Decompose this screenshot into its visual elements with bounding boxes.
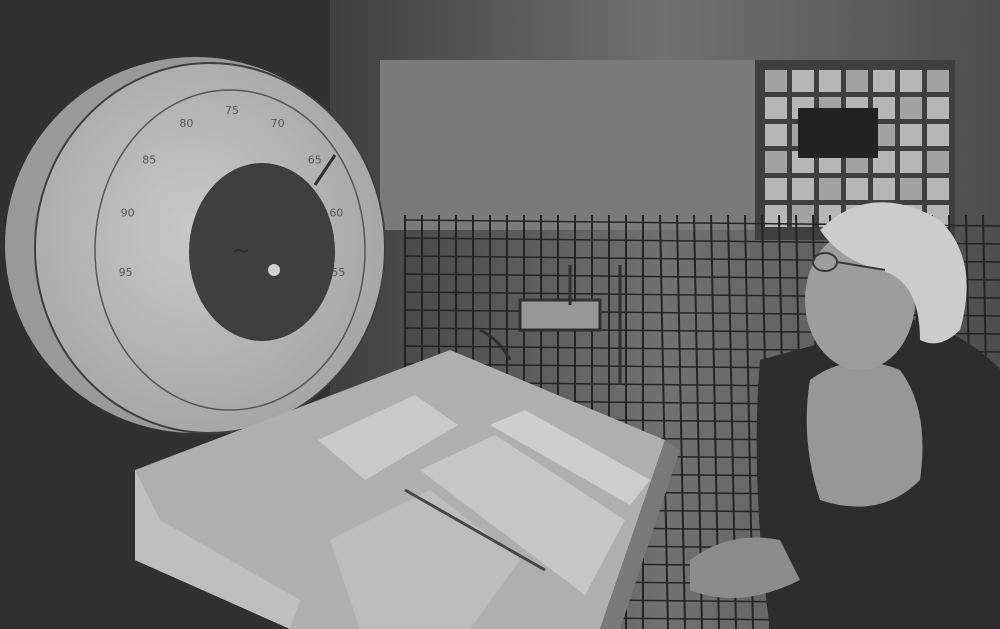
photo-canvas: 556065707580859095 ~ [0, 0, 1000, 629]
newspaper-photo: 556065707580859095 ~ [0, 0, 1000, 629]
film-grain [0, 0, 1000, 629]
